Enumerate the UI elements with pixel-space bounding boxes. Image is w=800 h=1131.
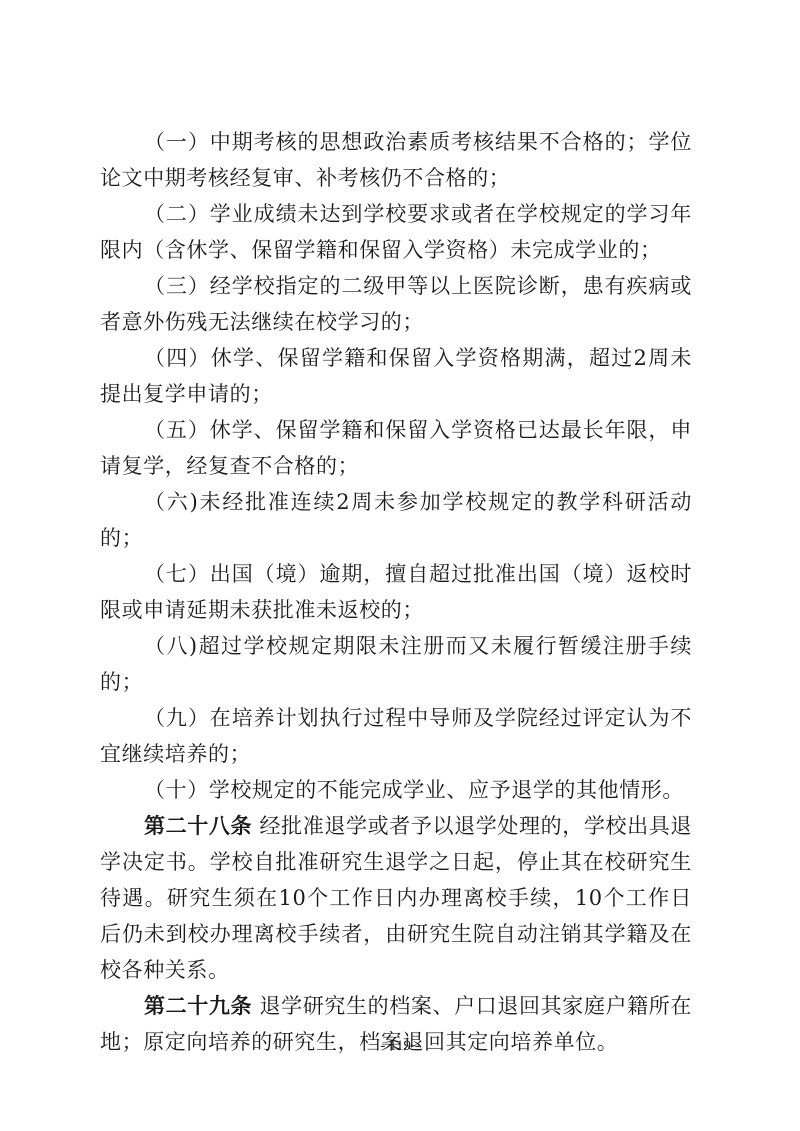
list-item: （二）学业成绩未达到学校要求或者在学校规定的学习年限内（含休学、保留学籍和保留入… (100, 196, 692, 268)
list-item: （九）在培养计划执行过程中导师及学院经过评定认为不宜继续培养的； (100, 700, 692, 772)
list-item: （十）学校规定的不能完成学业、应予退学的其他情形。 (100, 772, 692, 808)
article-text: 经批准退学或者予以退学处理的，学校出具退学决定书。学校自批准研究生退学之日起，停… (100, 814, 692, 982)
list-item: （六)未经批准连续2周未参加学校规定的教学科研活动的； (100, 484, 692, 556)
list-item: （三）经学校指定的二级甲等以上医院诊断，患有疾病或者意外伤残无法继续在校学习的； (100, 268, 692, 340)
list-item: （一）中期考核的思想政治素质考核结果不合格的；学位论文中期考核经复审、补考核仍不… (100, 124, 692, 196)
article-28: 第二十八条 经批准退学或者予以退学处理的，学校出具退学决定书。学校自批准研究生退… (100, 808, 692, 988)
list-item: （五）休学、保留学籍和保留入学资格已达最长年限，申请复学，经复查不合格的； (100, 412, 692, 484)
list-item: （八)超过学校规定期限未注册而又未履行暂缓注册手续的； (100, 628, 692, 700)
page-number: - 119 - (0, 1038, 800, 1055)
list-item: （七）出国（境）逾期，擅自超过批准出国（境）返校时限或申请延期未获批准未返校的； (100, 556, 692, 628)
article-heading: 第二十八条 (144, 814, 252, 838)
document-body: （一）中期考核的思想政治素质考核结果不合格的；学位论文中期考核经复审、补考核仍不… (100, 124, 692, 1060)
article-heading: 第二十九条 (144, 994, 252, 1018)
list-item: （四）休学、保留学籍和保留入学资格期满，超过2周未提出复学申请的； (100, 340, 692, 412)
